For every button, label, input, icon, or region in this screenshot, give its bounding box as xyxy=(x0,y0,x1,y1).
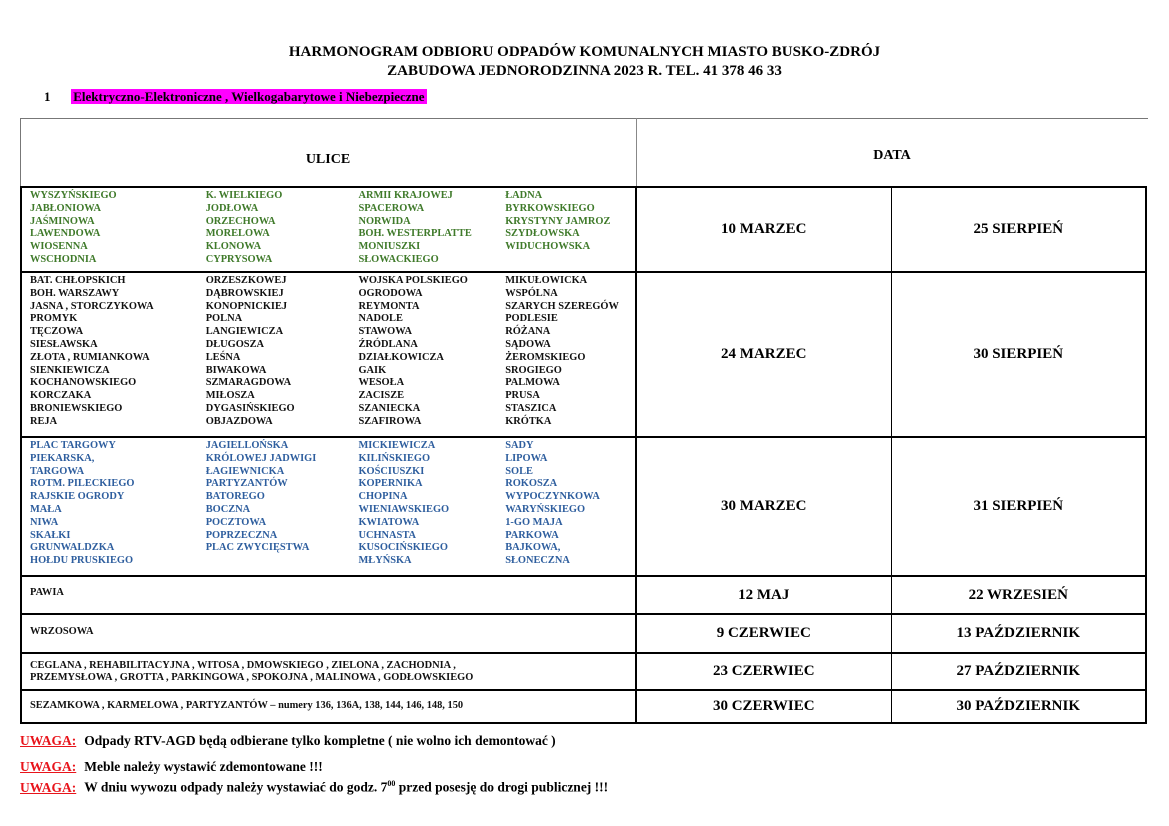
category-number: 1 xyxy=(44,88,68,105)
street-name: WOJSKA POLSKIEGO xyxy=(358,275,505,288)
category-label: Elektryczno-Elektroniczne , Wielkogabary… xyxy=(71,89,426,104)
street-name: TĘCZOWA xyxy=(30,326,206,339)
street-name: PRUSA xyxy=(505,390,635,403)
street-name: SZYDŁOWSKA xyxy=(505,228,635,241)
note-text: Meble należy wystawić zdemontowane !!! xyxy=(84,759,322,774)
dates-cell: 9 CZERWIEC13 PAŹDZIERNIK xyxy=(637,615,1145,652)
dates-cell: 12 MAJ22 WRZESIEŃ xyxy=(637,577,1145,613)
street-column: MIKUŁOWICKAWSPÓLNASZARYCH SZEREGÓWPODLES… xyxy=(505,275,635,429)
street-name: BOCZNA xyxy=(206,504,359,517)
street-name: NORWIDA xyxy=(358,216,505,229)
note-2: UWAGA:Meble należy wystawić zdemontowane… xyxy=(20,759,323,775)
note-label: UWAGA: xyxy=(20,759,76,774)
streets-cell: PAWIA xyxy=(22,577,637,613)
street-name: BOH. WESTERPLATTE xyxy=(358,228,505,241)
street-column: ORZESZKOWEJDĄBROWSKIEJKONOPNICKIEJPOLNAL… xyxy=(206,275,359,429)
street-name: SKAŁKI xyxy=(30,530,206,543)
street-name: K. WIELKIEGO xyxy=(206,190,359,203)
schedule-row: PAWIA12 MAJ22 WRZESIEŃ xyxy=(20,575,1147,613)
street-name: ŁAGIEWNICKA xyxy=(206,466,359,479)
street-name: WIENIAWSKIEGO xyxy=(358,504,505,517)
street-name: DZIAŁKOWICZA xyxy=(358,352,505,365)
second-pickup-date: 13 PAŹDZIERNIK xyxy=(891,615,1146,652)
street-name: KOŚCIUSZKI xyxy=(358,466,505,479)
street-name: JAŚMINOWA xyxy=(30,216,206,229)
street-name: LANGIEWICZA xyxy=(206,326,359,339)
first-pickup-date: 10 MARZEC xyxy=(637,188,891,271)
dates-cell: 30 CZERWIEC30 PAŹDZIERNIK xyxy=(637,691,1145,722)
street-name: PARKOWA xyxy=(505,530,635,543)
street-name: CHOPINA xyxy=(358,491,505,504)
second-pickup-date: 30 PAŹDZIERNIK xyxy=(891,691,1146,722)
street-name: ŁADNA xyxy=(505,190,635,203)
street-name: UCHNASTA xyxy=(358,530,505,543)
note-label: UWAGA: xyxy=(20,780,76,795)
street-name: SPACEROWA xyxy=(358,203,505,216)
street-column: ARMII KRAJOWEJSPACEROWANORWIDABOH. WESTE… xyxy=(358,190,505,267)
streets-cell: BAT. CHŁOPSKICHBOH. WARSZAWYJASNA , STOR… xyxy=(22,273,637,436)
street-name: DĄBROWSKIEJ xyxy=(206,288,359,301)
street-name: WIOSENNA xyxy=(30,241,206,254)
street-name: MIKUŁOWICKA xyxy=(505,275,635,288)
street-name: JABŁONIOWA xyxy=(30,203,206,216)
street-name: KRÓLOWEJ JADWIGI xyxy=(206,453,359,466)
street-name: SIENKIEWICZA xyxy=(30,365,206,378)
streets-cell: SEZAMKOWA , KARMELOWA , PARTYZANTÓW – nu… xyxy=(22,691,637,722)
street-name: RAJSKIE OGRODY xyxy=(30,491,206,504)
street-column: PLAC TARGOWYPIEKARSKA,TARGOWAROTM. PILEC… xyxy=(30,440,206,568)
street-name: SOLE xyxy=(505,466,635,479)
note-text: W dniu wywozu odpady należy wystawiać do… xyxy=(84,780,387,795)
document-subtitle: ZABUDOWA JEDNORODZINNA 2023 R. TEL. 41 3… xyxy=(0,62,1169,81)
street-column: ŁADNABYRKOWSKIEGOKRYSTYNY JAMROZSZYDŁOWS… xyxy=(505,190,635,267)
street-name: PALMOWA xyxy=(505,377,635,390)
street-column: JAGIELLOŃSKAKRÓLOWEJ JADWIGIŁAGIEWNICKAP… xyxy=(206,440,359,568)
street-name: WSPÓLNA xyxy=(505,288,635,301)
first-pickup-date: 30 CZERWIEC xyxy=(637,691,891,722)
street-name: ORZESZKOWEJ xyxy=(206,275,359,288)
street-name: KILIŃSKIEGO xyxy=(358,453,505,466)
street-name: BAJKOWA, xyxy=(505,542,635,555)
street-name: PROMYK xyxy=(30,313,206,326)
street-name: WYPOCZYNKOWA xyxy=(505,491,635,504)
first-pickup-date: 30 MARZEC xyxy=(637,438,891,575)
street-name: BATOREGO xyxy=(206,491,359,504)
second-pickup-date: 25 SIERPIEŃ xyxy=(891,188,1146,271)
street-name: WESOŁA xyxy=(358,377,505,390)
street-name: NADOLE xyxy=(358,313,505,326)
street-column: K. WIELKIEGOJODŁOWAORZECHOWAMORELOWAKLON… xyxy=(206,190,359,267)
street-list: PAWIA xyxy=(30,587,64,600)
street-name: WARYŃSKIEGO xyxy=(505,504,635,517)
street-name: POCZTOWA xyxy=(206,517,359,530)
category-heading: 1 Elektryczno-Elektroniczne , Wielkogaba… xyxy=(44,88,427,105)
street-name: SIESŁAWSKA xyxy=(30,339,206,352)
street-name: PARTYZANTÓW xyxy=(206,478,359,491)
street-name: PIEKARSKA, xyxy=(30,453,206,466)
street-name: PLAC ZWYCIĘSTWA xyxy=(206,542,359,555)
note-text: Odpady RTV-AGD będą odbierane tylko komp… xyxy=(84,733,555,748)
street-name: BIWAKOWA xyxy=(206,365,359,378)
street-column: BAT. CHŁOPSKICHBOH. WARSZAWYJASNA , STOR… xyxy=(30,275,206,429)
schedule-row: CEGLANA , REHABILITACYJNA , WITOSA , DMO… xyxy=(20,652,1147,689)
street-name: RÓŻANA xyxy=(505,326,635,339)
second-pickup-date: 31 SIERPIEŃ xyxy=(891,438,1146,575)
streets-cell: PLAC TARGOWYPIEKARSKA,TARGOWAROTM. PILEC… xyxy=(22,438,637,575)
street-name: KWIATOWA xyxy=(358,517,505,530)
street-name: WSCHODNIA xyxy=(30,254,206,267)
street-name: KLONOWA xyxy=(206,241,359,254)
street-column: WOJSKA POLSKIEGOOGRODOWAREYMONTANADOLEST… xyxy=(358,275,505,429)
street-name: SŁONECZNA xyxy=(505,555,635,568)
dates-cell: 24 MARZEC30 SIERPIEŃ xyxy=(637,273,1145,436)
street-name: MICKIEWICZA xyxy=(358,440,505,453)
street-name: TARGOWA xyxy=(30,466,206,479)
street-name: STASZICA xyxy=(505,403,635,416)
dates-cell: 23 CZERWIEC27 PAŹDZIERNIK xyxy=(637,654,1145,689)
note-1: UWAGA:Odpady RTV-AGD będą odbierane tylk… xyxy=(20,733,556,749)
street-name: HOŁDU PRUSKIEGO xyxy=(30,555,206,568)
header-streets: ULICE xyxy=(20,152,636,168)
street-name: ZŁOTA , RUMIANKOWA xyxy=(30,352,206,365)
street-name: JASNA , STORCZYKOWA xyxy=(30,301,206,314)
schedule-row: SEZAMKOWA , KARMELOWA , PARTYZANTÓW – nu… xyxy=(20,689,1147,724)
first-pickup-date: 24 MARZEC xyxy=(637,273,891,436)
street-name: ROKOSZA xyxy=(505,478,635,491)
street-name: BYRKOWSKIEGO xyxy=(505,203,635,216)
street-name: OBJAZDOWA xyxy=(206,416,359,429)
street-name: 1-GO MAJA xyxy=(505,517,635,530)
street-column: SADYLIPOWASOLEROKOSZAWYPOCZYNKOWAWARYŃSK… xyxy=(505,440,635,568)
street-name: GAIK xyxy=(358,365,505,378)
street-name: JODŁOWA xyxy=(206,203,359,216)
first-pickup-date: 12 MAJ xyxy=(637,577,891,613)
street-name: PLAC TARGOWY xyxy=(30,440,206,453)
street-column: MICKIEWICZAKILIŃSKIEGOKOŚCIUSZKIKOPERNIK… xyxy=(358,440,505,568)
street-name: SROGIEGO xyxy=(505,365,635,378)
dates-cell: 30 MARZEC31 SIERPIEŃ xyxy=(637,438,1145,575)
schedule-row: WYSZYŃSKIEGOJABŁONIOWAJAŚMINOWALAWENDOWA… xyxy=(20,186,1147,271)
street-name: MONIUSZKI xyxy=(358,241,505,254)
first-pickup-date: 9 CZERWIEC xyxy=(637,615,891,652)
street-name: JAGIELLOŃSKA xyxy=(206,440,359,453)
street-list: PRZEMYSŁOWA , GROTTA , PARKINGOWA , SPOK… xyxy=(30,672,473,685)
street-name: SZAFIROWA xyxy=(358,416,505,429)
street-name: MIŁOSZA xyxy=(206,390,359,403)
street-name: KRÓTKA xyxy=(505,416,635,429)
street-name: MORELOWA xyxy=(206,228,359,241)
street-name: SĄDOWA xyxy=(505,339,635,352)
street-name: MŁYŃSKA xyxy=(358,555,505,568)
street-name: LAWENDOWA xyxy=(30,228,206,241)
street-name: BAT. CHŁOPSKICH xyxy=(30,275,206,288)
header-date: DATA xyxy=(637,148,1147,164)
street-name: KONOPNICKIEJ xyxy=(206,301,359,314)
street-name: OGRODOWA xyxy=(358,288,505,301)
street-name: PODLESIE xyxy=(505,313,635,326)
streets-cell: WRZOSOWA xyxy=(22,615,637,652)
street-list: SEZAMKOWA , KARMELOWA , PARTYZANTÓW – nu… xyxy=(30,700,463,713)
street-name: SADY xyxy=(505,440,635,453)
second-pickup-date: 27 PAŹDZIERNIK xyxy=(891,654,1146,689)
schedule-row: BAT. CHŁOPSKICHBOH. WARSZAWYJASNA , STOR… xyxy=(20,271,1147,436)
street-name: DYGASIŃSKIEGO xyxy=(206,403,359,416)
street-column: WYSZYŃSKIEGOJABŁONIOWAJAŚMINOWALAWENDOWA… xyxy=(30,190,206,267)
street-name: LIPOWA xyxy=(505,453,635,466)
street-name: SZMARAGDOWA xyxy=(206,377,359,390)
street-name: POLNA xyxy=(206,313,359,326)
street-name: STAWOWA xyxy=(358,326,505,339)
first-pickup-date: 23 CZERWIEC xyxy=(637,654,891,689)
street-name: SZARYCH SZEREGÓW xyxy=(505,301,635,314)
note-text-after: przed posesję do drogi publicznej !!! xyxy=(395,780,608,795)
dates-cell: 10 MARZEC25 SIERPIEŃ xyxy=(637,188,1145,271)
street-name: REJA xyxy=(30,416,206,429)
schedule-row: WRZOSOWA9 CZERWIEC13 PAŹDZIERNIK xyxy=(20,613,1147,652)
note-3: UWAGA:W dniu wywozu odpady należy wystaw… xyxy=(20,779,608,796)
street-name: CYPRYSOWA xyxy=(206,254,359,267)
street-name: SŁOWACKIEGO xyxy=(358,254,505,267)
street-name: ORZECHOWA xyxy=(206,216,359,229)
document-title: HARMONOGRAM ODBIORU ODPADÓW KOMUNALNYCH … xyxy=(0,43,1169,62)
street-name: ZACISZE xyxy=(358,390,505,403)
second-pickup-date: 22 WRZESIEŃ xyxy=(891,577,1146,613)
street-list: CEGLANA , REHABILITACYJNA , WITOSA , DMO… xyxy=(30,660,456,673)
street-name: MAŁA xyxy=(30,504,206,517)
street-list: WRZOSOWA xyxy=(30,626,94,639)
streets-cell: WYSZYŃSKIEGOJABŁONIOWAJAŚMINOWALAWENDOWA… xyxy=(22,188,637,271)
street-name: SZANIECKA xyxy=(358,403,505,416)
schedule-row: PLAC TARGOWYPIEKARSKA,TARGOWAROTM. PILEC… xyxy=(20,436,1147,575)
street-name: BOH. WARSZAWY xyxy=(30,288,206,301)
street-name: POPRZECZNA xyxy=(206,530,359,543)
street-name: KORCZAKA xyxy=(30,390,206,403)
street-name: REYMONTA xyxy=(358,301,505,314)
street-name: KRYSTYNY JAMROZ xyxy=(505,216,635,229)
street-name: ŻEROMSKIEGO xyxy=(505,352,635,365)
street-name: DŁUGOSZA xyxy=(206,339,359,352)
second-pickup-date: 30 SIERPIEŃ xyxy=(891,273,1146,436)
note-label: UWAGA: xyxy=(20,733,76,748)
street-name: WYSZYŃSKIEGO xyxy=(30,190,206,203)
street-name: NIWA xyxy=(30,517,206,530)
street-name: BRONIEWSKIEGO xyxy=(30,403,206,416)
street-name: LEŚNA xyxy=(206,352,359,365)
street-name: KOPERNIKA xyxy=(358,478,505,491)
street-name: GRUNWALDZKA xyxy=(30,542,206,555)
street-name: ŹRÓDLANA xyxy=(358,339,505,352)
streets-cell: CEGLANA , REHABILITACYJNA , WITOSA , DMO… xyxy=(22,654,637,689)
street-name: ROTM. PILECKIEGO xyxy=(30,478,206,491)
schedule-table: WYSZYŃSKIEGOJABŁONIOWAJAŚMINOWALAWENDOWA… xyxy=(20,186,1147,724)
street-name: KOCHANOWSKIEGO xyxy=(30,377,206,390)
street-name: KUSOCIŃSKIEGO xyxy=(358,542,505,555)
street-name: WIDUCHOWSKA xyxy=(505,241,635,254)
street-name: ARMII KRAJOWEJ xyxy=(358,190,505,203)
